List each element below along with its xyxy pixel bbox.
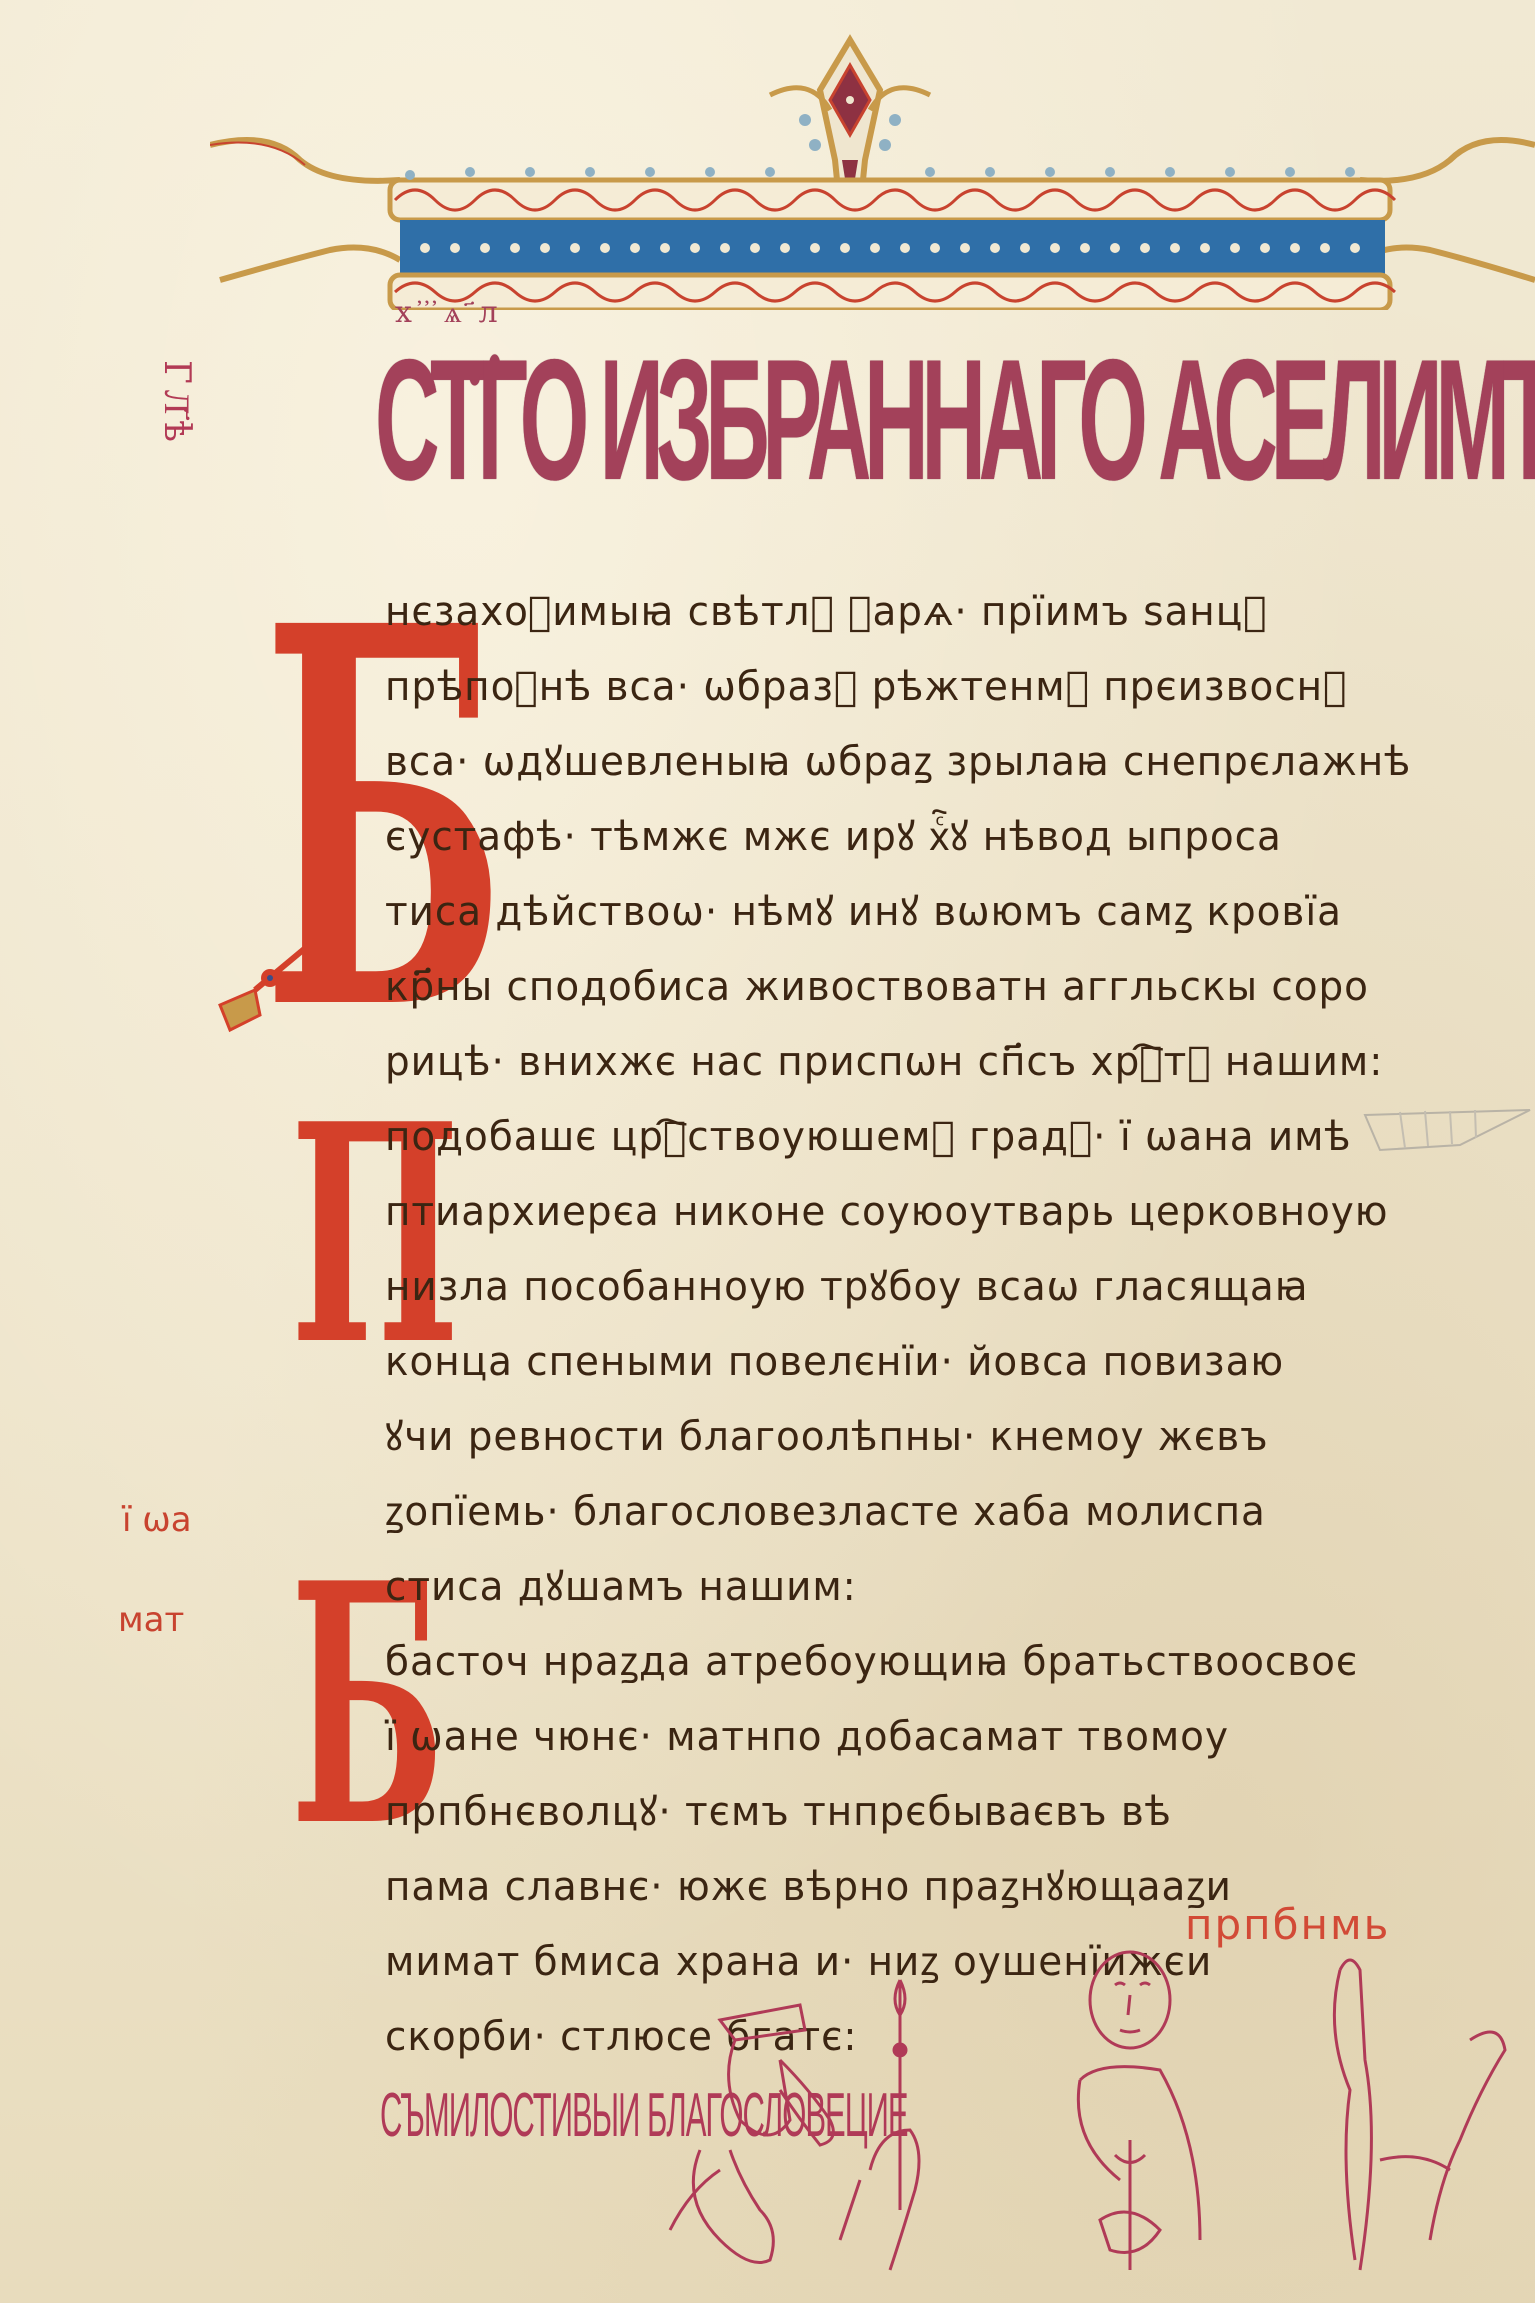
text-line: рицѣ· внихжє нас приспѡн сп҃съ хрⷭ҇тꙋ на… (385, 1025, 1445, 1100)
monk-face-drawing (1078, 1952, 1200, 2270)
scepter-hand-drawing (840, 1980, 919, 2270)
initial-tendril-ornament (215, 930, 325, 1040)
text-line: ꙋчи ревности благоолѣпны· кнемоу жєвъ (385, 1400, 1445, 1475)
margin-note-top: ГЛ҃ѣ (155, 360, 197, 448)
manuscript-page: ГЛ҃ѣ х ҆ ҆ ҆ ѧ ҃ л СТ҃ГО ИЗБРАННАГО АСЕЛ… (0, 0, 1535, 2303)
text-line: басточ нраꙁда атребоующиꙗ братьствоосвоє (385, 1625, 1445, 1700)
hand-with-feet-drawing (670, 2005, 833, 2263)
title-vyaz: СТ҃ГО ИЗБРАННАГО АСЕЛИМЪ ПРЕПОДОБНА (375, 300, 905, 540)
text-line: подобашє црⷭ҇ствоуюшемꙋ градꙋ· ї ѡана им… (385, 1100, 1445, 1175)
text-line: ї ѡане чюнє· матнпо добасамат твомоу (385, 1700, 1445, 1775)
text-line: тиса дѣйствоѡ· нѣмꙋ инꙋ вѡюмъ самꙁ кровї… (385, 875, 1445, 950)
margin-note-month: мат (118, 1600, 184, 1640)
text-line: конца спеными повелєнїи· йовса повизаю (385, 1325, 1445, 1400)
margin-note-saint: ї ѡа (122, 1500, 192, 1540)
headpiece-ornament (210, 20, 1535, 310)
text-line: стиса дꙋшамъ нашим: (385, 1550, 1445, 1625)
raised-hands-drawing (1334, 1960, 1505, 2270)
text-line: прѣпоⷣнѣ вса· ѡбразꙋ рѣжтенмꙋ прєизвоснꙋ (385, 650, 1445, 725)
pencil-sketch-mark (1360, 1090, 1535, 1170)
text-line: нєзахоⷣимыꙗ свѣтлꙋ ꙁарѧ· прїимъ ѕанцꙋ (385, 575, 1445, 650)
body-text: нєзахоⷣимыꙗ свѣтлꙋ ꙁарѧ· прїимъ ѕанцꙋ пр… (385, 575, 1475, 2075)
text-line: єустафѣ· тѣмжє мжє ирꙋ хⷭ҇ꙋ нѣвод ыпроса (385, 800, 1445, 875)
text-line: вса· ѡдꙋшевленыꙗ ѡбраꙁ зрылаꙗ снепрєлажн… (385, 725, 1445, 800)
text-line: ꙁопїемь· благословезласте хаба молиспа (385, 1475, 1445, 1550)
marginal-drawings (660, 1940, 1535, 2300)
text-line: прпбнєволцꙋ· тємъ тнпрєбываєвъ вѣ (385, 1775, 1445, 1850)
text-line: кр҃ны сподобиса живоствоватн аггльскы со… (385, 950, 1445, 1025)
text-line: низла пособанноую трꙋбоу всаѡ гласящаꙗ (385, 1250, 1445, 1325)
text-line: птиархиерєа никоне соуюоутварь церковноу… (385, 1175, 1445, 1250)
